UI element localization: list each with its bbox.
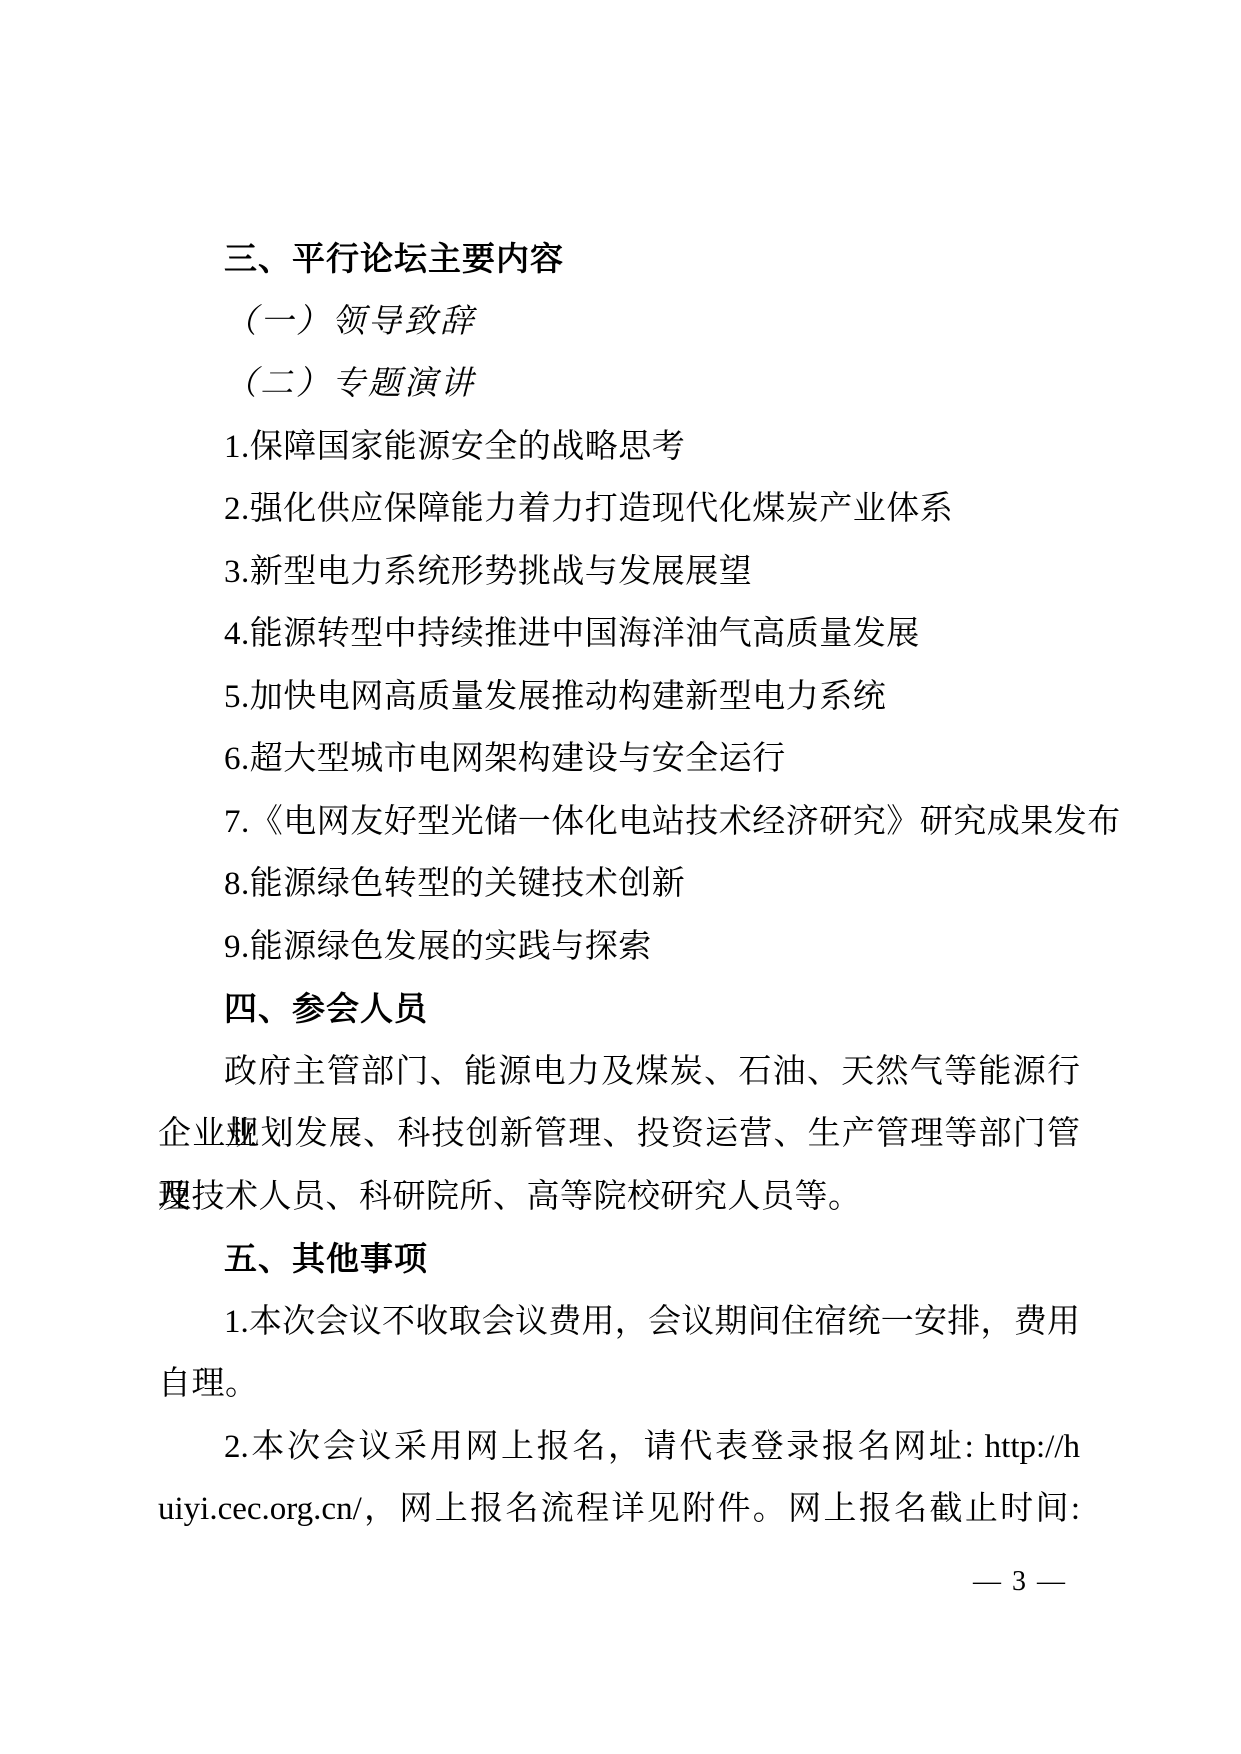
- topic-item-3: 3.新型电力系统形势挑战与发展展望: [158, 541, 1080, 604]
- subsection-1: （一）领导致辞: [158, 291, 1080, 354]
- section-heading-3: 三、平行论坛主要内容: [158, 228, 1080, 291]
- other-item-2-line-2: uiyi.cec.org.cn/，网上报名流程详见附件。网上报名截止时间:: [158, 1478, 1080, 1541]
- topic-item-9: 9.能源绿色发展的实践与探索: [158, 916, 1080, 979]
- other-item-1-line-1: 1.本次会议不收取会议费用，会议期间住宿统一安排，费用: [158, 1291, 1080, 1354]
- attendees-line-2: 企业规划发展、科技创新管理、投资运营、生产管理等部门管理: [158, 1103, 1080, 1166]
- topic-item-1: 1.保障国家能源安全的战略思考: [158, 416, 1080, 479]
- topic-item-2: 2.强化供应保障能力着力打造现代化煤炭产业体系: [158, 478, 1080, 541]
- subsection-2: （二）专题演讲: [158, 353, 1080, 416]
- attendees-line-3: 及技术人员、科研院所、高等院校研究人员等。: [158, 1166, 1080, 1229]
- document-body: 三、平行论坛主要内容（一）领导致辞（二）专题演讲1.保障国家能源安全的战略思考2…: [0, 0, 1241, 1541]
- section-heading-5: 五、其他事项: [158, 1228, 1080, 1291]
- section-heading-4: 四、参会人员: [158, 978, 1080, 1041]
- attendees-line-1: 政府主管部门、能源电力及煤炭、石油、天然气等能源行业: [158, 1041, 1080, 1104]
- topic-item-7: 7.《电网友好型光储一体化电站技术经济研究》研究成果发布: [158, 791, 1080, 854]
- other-item-1-line-2: 自理。: [158, 1353, 1080, 1416]
- topic-item-4: 4.能源转型中持续推进中国海洋油气高质量发展: [158, 603, 1080, 666]
- topic-item-5: 5.加快电网高质量发展推动构建新型电力系统: [158, 666, 1080, 729]
- topic-item-6: 6.超大型城市电网架构建设与安全运行: [158, 728, 1080, 791]
- topic-item-8: 8.能源绿色转型的关键技术创新: [158, 853, 1080, 916]
- document-page: 三、平行论坛主要内容（一）领导致辞（二）专题演讲1.保障国家能源安全的战略思考2…: [0, 0, 1241, 1754]
- page-number: — 3 —: [973, 1567, 1067, 1597]
- other-item-2-line-1: 2.本次会议采用网上报名，请代表登录报名网址: http://h: [158, 1416, 1080, 1479]
